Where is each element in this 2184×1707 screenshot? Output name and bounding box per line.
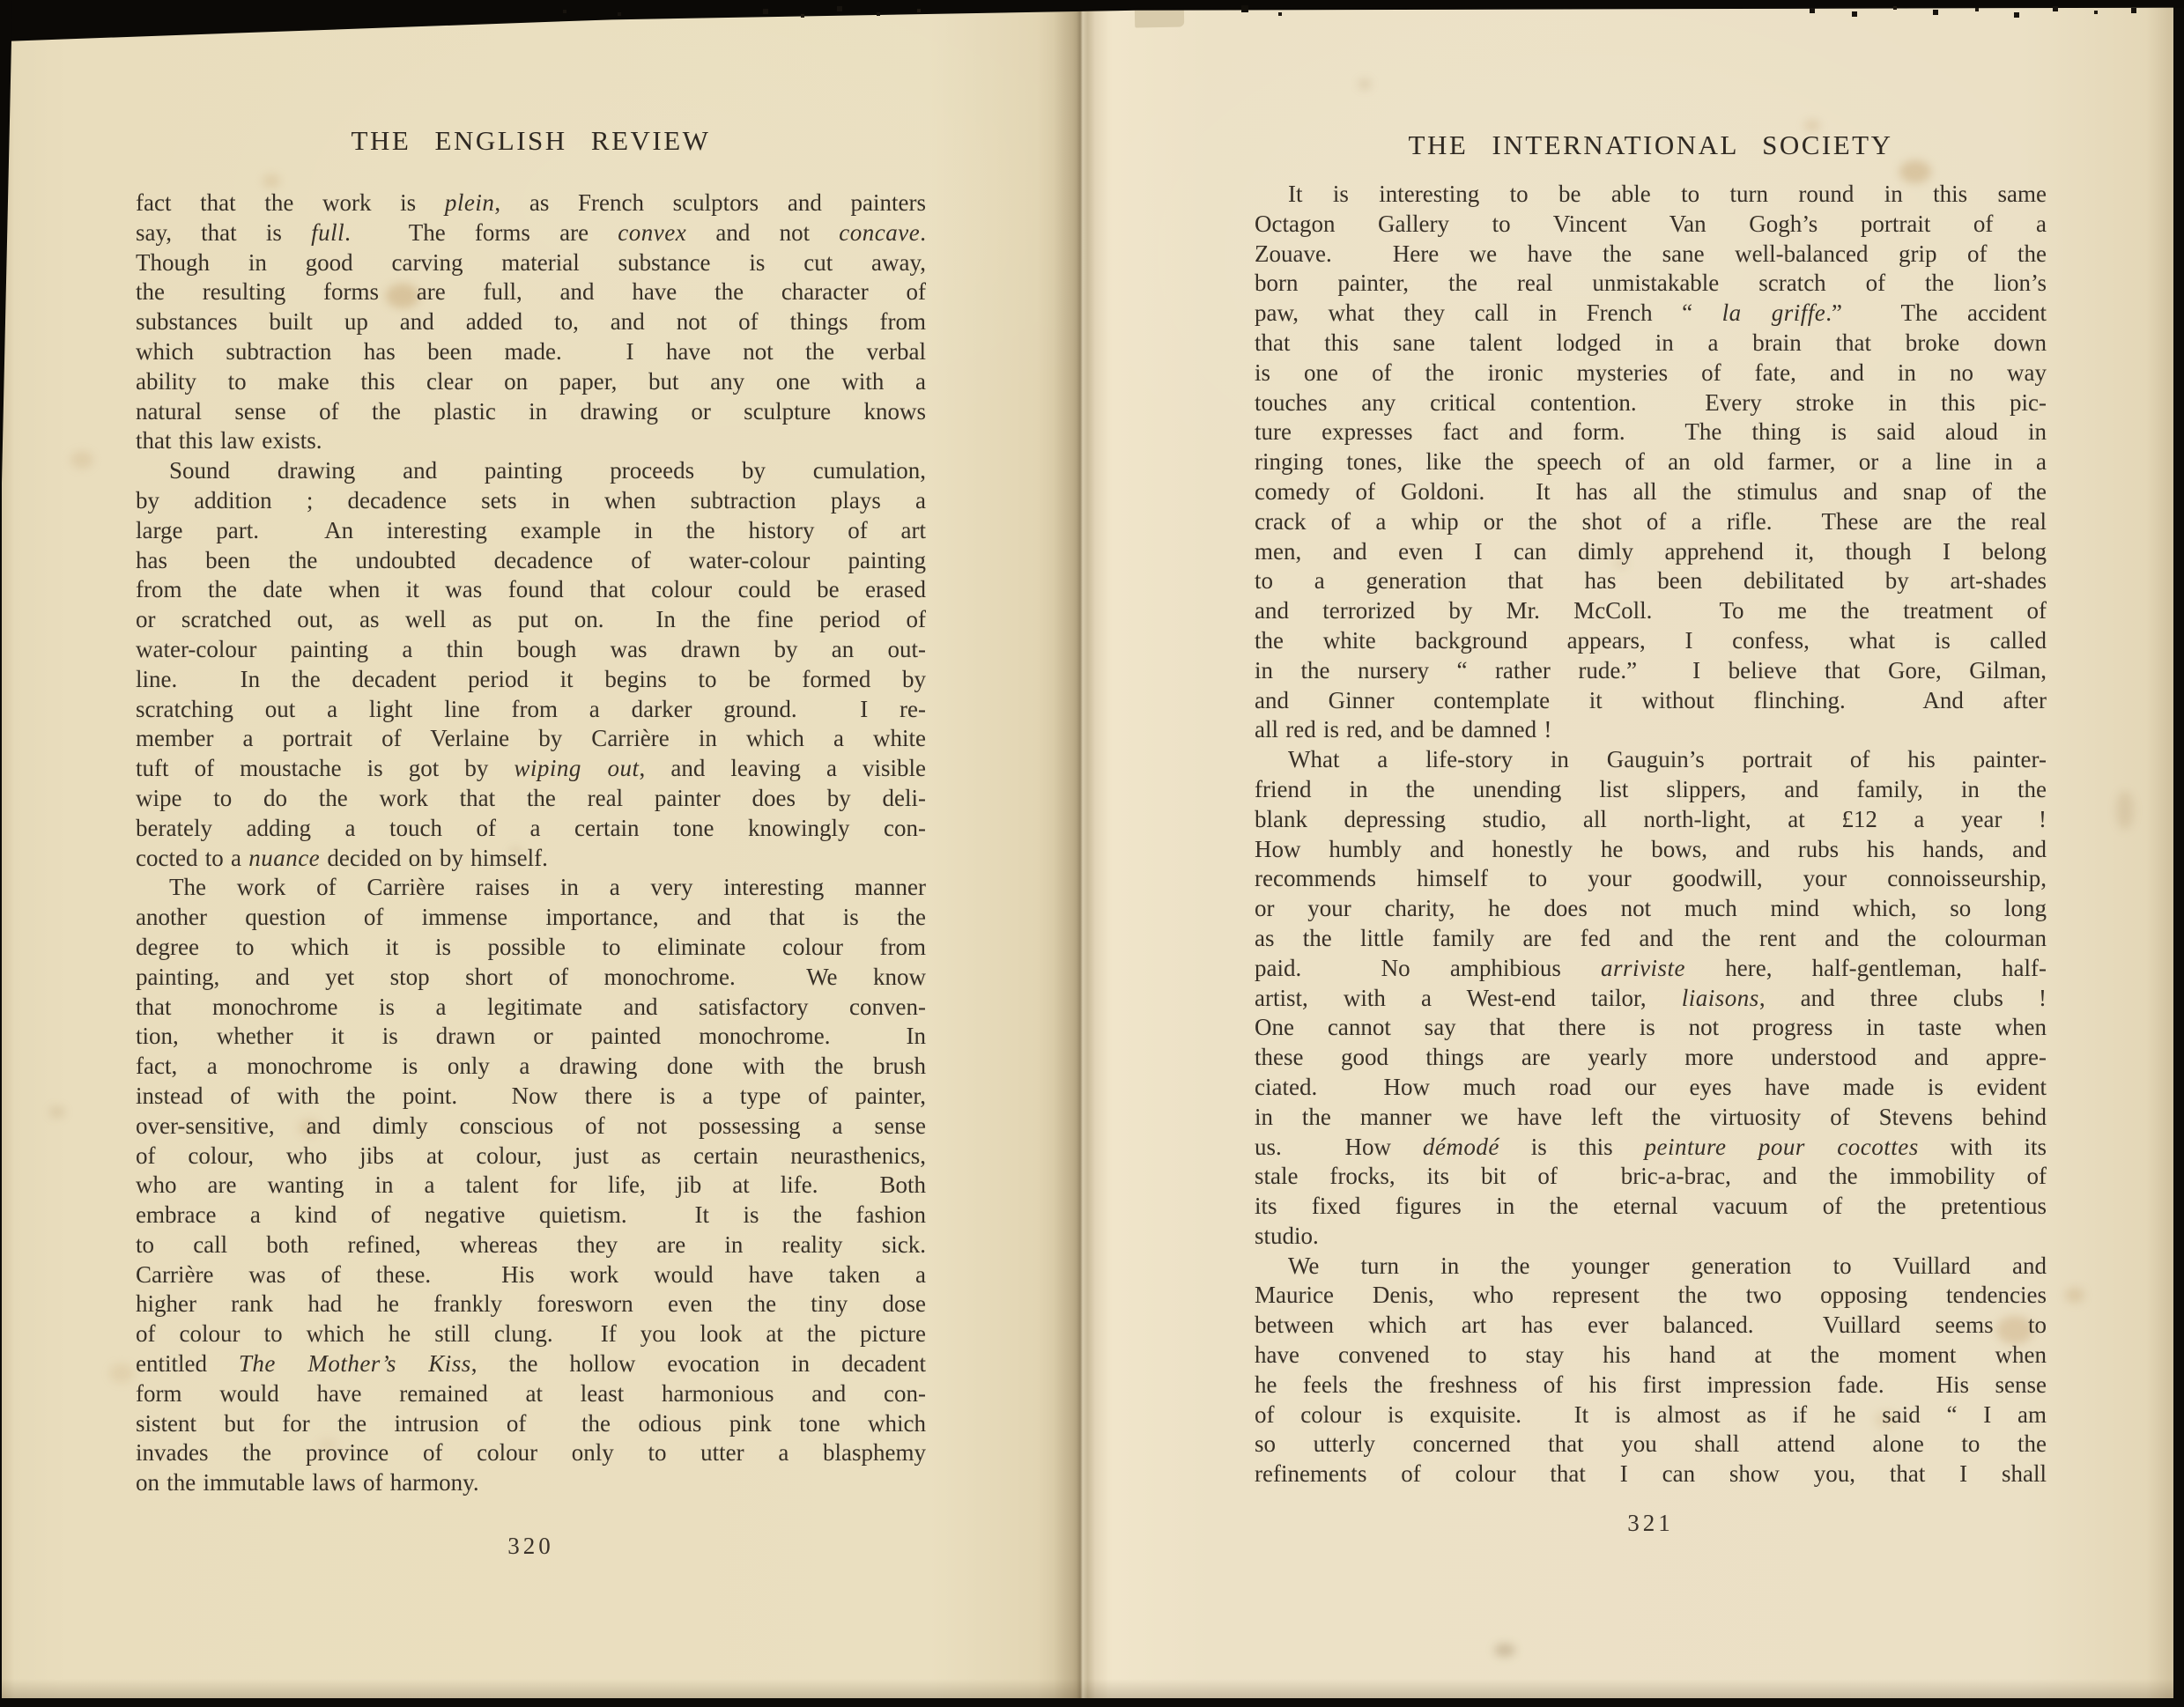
text-line: artist, with a West-end tailor, liaisons… bbox=[1255, 984, 2047, 1014]
text-line: It is interesting to be able to turn rou… bbox=[1255, 180, 2047, 210]
paragraph: We turn in the younger generation to Vui… bbox=[1255, 1252, 2047, 1489]
stain bbox=[70, 451, 93, 469]
text-line: substances built up and added to, and no… bbox=[136, 307, 926, 337]
paragraph: It is interesting to be able to turn rou… bbox=[1255, 180, 2047, 745]
text-line: large part. An interesting example in th… bbox=[136, 516, 926, 546]
text-line: us. How démodé is this peinture pour coc… bbox=[1255, 1133, 2047, 1163]
text-line: Sound drawing and painting proceeds by c… bbox=[136, 456, 926, 486]
text-line: on the immutable laws of harmony. bbox=[136, 1468, 926, 1498]
text-line: water-colour painting a thin bough was d… bbox=[136, 635, 926, 665]
text-line: The work of Carrière raises in a very in… bbox=[136, 873, 926, 903]
text-line: How humbly and honestly he bows, and rub… bbox=[1255, 835, 2047, 865]
text-line: as the little family are fed and the ren… bbox=[1255, 924, 2047, 954]
text-line: that this law exists. bbox=[136, 426, 926, 456]
text-line: recommends himself to your goodwill, you… bbox=[1255, 864, 2047, 894]
text-line: from the date when it was found that col… bbox=[136, 575, 926, 605]
text-line: so utterly concerned that you shall atte… bbox=[1255, 1430, 2047, 1459]
text-line: who are wanting in a talent for life, ji… bbox=[136, 1171, 926, 1201]
text-line: instead of with the point. Now there is … bbox=[136, 1082, 926, 1112]
stain bbox=[2116, 791, 2134, 830]
text-line: to call both refined, whereas they are i… bbox=[136, 1230, 926, 1260]
text-line: Though in good carving material substanc… bbox=[136, 248, 926, 278]
text-line: has been the undoubted decadence of wate… bbox=[136, 546, 926, 576]
paragraph: Sound drawing and painting proceeds by c… bbox=[136, 456, 926, 873]
text-line: friend in the unending list slippers, an… bbox=[1255, 775, 2047, 805]
stain bbox=[263, 174, 280, 188]
paragraph: What a life-story in Gauguin’s portrait … bbox=[1255, 745, 2047, 1252]
text-line: wipe to do the work that the real painte… bbox=[136, 784, 926, 814]
text-line: these good things are yearly more unders… bbox=[1255, 1043, 2047, 1073]
text-line: of colour to which he still clung. If yo… bbox=[136, 1319, 926, 1349]
right-running-head: THE INTERNATIONAL SOCIETY bbox=[1255, 129, 2047, 161]
text-line: tion, whether it is drawn or painted mon… bbox=[136, 1022, 926, 1052]
text-line: stale frocks, its bit of bric-a-brac, an… bbox=[1255, 1162, 2047, 1192]
text-line: berately adding a touch of a certain ton… bbox=[136, 814, 926, 844]
text-line: sistent but for the intrusion of the odi… bbox=[136, 1409, 926, 1439]
book-scan: THE ENGLISH REVIEW fact that the work is… bbox=[0, 0, 2184, 1707]
text-line: fact that the work is plein, as French s… bbox=[136, 188, 926, 218]
text-line: or your charity, he does not much mind w… bbox=[1255, 894, 2047, 924]
text-line: which subtraction has been made. I have … bbox=[136, 337, 926, 367]
text-line: natural sense of the plastic in drawing … bbox=[136, 397, 926, 427]
text-line: is one of the ironic mysteries of fate, … bbox=[1255, 358, 2047, 388]
stain bbox=[1359, 79, 1371, 89]
text-line: crack of a whip or the shot of a rifle. … bbox=[1255, 507, 2047, 537]
text-line: by addition ; decadence sets in when sub… bbox=[136, 486, 926, 516]
text-line: touches any critical contention. Every s… bbox=[1255, 388, 2047, 418]
text-line: refinements of colour that I can show yo… bbox=[1255, 1459, 2047, 1489]
paragraph: The work of Carrière raises in a very in… bbox=[136, 873, 926, 1498]
left-page-number: 320 bbox=[136, 1533, 926, 1560]
text-line: and terrorized by Mr. McColl. To me the … bbox=[1255, 596, 2047, 626]
text-line: the white background appears, I confess,… bbox=[1255, 626, 2047, 656]
text-line: between which art has ever balanced. Vui… bbox=[1255, 1311, 2047, 1341]
text-line: ability to make this clear on paper, but… bbox=[136, 367, 926, 397]
text-line: all red is red, and be damned ! bbox=[1255, 715, 2047, 745]
left-running-head: THE ENGLISH REVIEW bbox=[136, 125, 926, 157]
text-line: member a portrait of Verlaine by Carrièr… bbox=[136, 724, 926, 754]
text-line: form would have remained at least harmon… bbox=[136, 1379, 926, 1409]
text-line: entitled The Mother’s Kiss, the hollow e… bbox=[136, 1349, 926, 1379]
body-text: It is interesting to be able to turn rou… bbox=[1255, 180, 2047, 1489]
text-line: of colour is exquisite. It is almost as … bbox=[1255, 1400, 2047, 1430]
text-line: scratching out a light line from a darke… bbox=[136, 695, 926, 725]
text-line: line. In the decadent period it begins t… bbox=[136, 665, 926, 695]
text-line: over-sensitive, and dimly conscious of n… bbox=[136, 1112, 926, 1142]
text-line: Carrière was of these. His work would ha… bbox=[136, 1260, 926, 1290]
text-line: tuft of moustache is got by wiping out, … bbox=[136, 754, 926, 784]
text-line: Maurice Denis, who represent the two opp… bbox=[1255, 1281, 2047, 1311]
text-line: have convened to stay his hand at the mo… bbox=[1255, 1341, 2047, 1371]
text-line: of colour, who jibs at colour, just as c… bbox=[136, 1142, 926, 1171]
text-line: to a generation that has been debilitate… bbox=[1255, 566, 2047, 596]
text-line: blank depressing studio, all north-light… bbox=[1255, 805, 2047, 835]
text-line: What a life-story in Gauguin’s portrait … bbox=[1255, 745, 2047, 775]
text-line: paid. No amphibious arriviste here, half… bbox=[1255, 954, 2047, 984]
text-line: degree to which it is possible to elimin… bbox=[136, 933, 926, 963]
stain bbox=[2065, 1288, 2084, 1303]
stain bbox=[1494, 1644, 1515, 1657]
text-line: embrace a kind of negative quietism. It … bbox=[136, 1201, 926, 1230]
text-line: the resulting forms are full, and have t… bbox=[136, 277, 926, 307]
text-line: cocted to a nuance decided on by himself… bbox=[136, 844, 926, 874]
text-line: that this sane talent lodged in a brain … bbox=[1255, 329, 2047, 358]
text-line: One cannot say that there is not progres… bbox=[1255, 1013, 2047, 1043]
paragraph: fact that the work is plein, as French s… bbox=[136, 188, 926, 456]
text-line: ciated. How much road our eyes have made… bbox=[1255, 1073, 2047, 1103]
left-page: THE ENGLISH REVIEW fact that the work is… bbox=[2, 0, 1080, 1698]
text-line: studio. bbox=[1255, 1222, 2047, 1252]
text-line: say, that is full. The forms are convex … bbox=[136, 218, 926, 248]
text-line: in the manner we have left the virtuosit… bbox=[1255, 1103, 2047, 1133]
text-line: in the nursery “ rather rude.” I believe… bbox=[1255, 656, 2047, 686]
text-line: he feels the freshness of his first impr… bbox=[1255, 1371, 2047, 1400]
text-line: Zouave. Here we have the sane well-balan… bbox=[1255, 240, 2047, 270]
text-line: painting, and yet stop short of monochro… bbox=[136, 963, 926, 993]
right-page-number: 321 bbox=[1255, 1510, 2047, 1537]
stain bbox=[49, 1106, 65, 1118]
text-line: ringing tones, like the speech of an old… bbox=[1255, 447, 2047, 477]
text-line: paw, what they call in French “ la griff… bbox=[1255, 299, 2047, 329]
text-line: invades the province of colour only to u… bbox=[136, 1438, 926, 1468]
text-line: another question of immense importance, … bbox=[136, 903, 926, 933]
body-text: fact that the work is plein, as French s… bbox=[136, 188, 926, 1498]
text-line: ture expresses fact and form. The thing … bbox=[1255, 418, 2047, 447]
text-line: or scratched out, as well as put on. In … bbox=[136, 605, 926, 635]
text-line: comedy of Goldoni. It has all the stimul… bbox=[1255, 477, 2047, 507]
text-line: its fixed figures in the eternal vacuum … bbox=[1255, 1192, 2047, 1222]
text-line: We turn in the younger generation to Vui… bbox=[1255, 1252, 2047, 1282]
text-line: born painter, the real unmistakable scra… bbox=[1255, 269, 2047, 299]
text-line: and Ginner contemplate it without flinch… bbox=[1255, 686, 2047, 716]
text-line: fact, a monochrome is only a drawing don… bbox=[136, 1052, 926, 1082]
dust-speckles bbox=[0, 0, 2, 2]
text-line: higher rank had he frankly foresworn eve… bbox=[136, 1289, 926, 1319]
right-page: THE INTERNATIONAL SOCIETY It is interest… bbox=[1080, 0, 2173, 1698]
stain bbox=[109, 1363, 134, 1383]
text-line: men, and even I can dimly apprehend it, … bbox=[1255, 537, 2047, 567]
text-line: that monochrome is a legitimate and sati… bbox=[136, 993, 926, 1023]
text-line: Octagon Gallery to Vincent Van Gogh’s po… bbox=[1255, 210, 2047, 240]
